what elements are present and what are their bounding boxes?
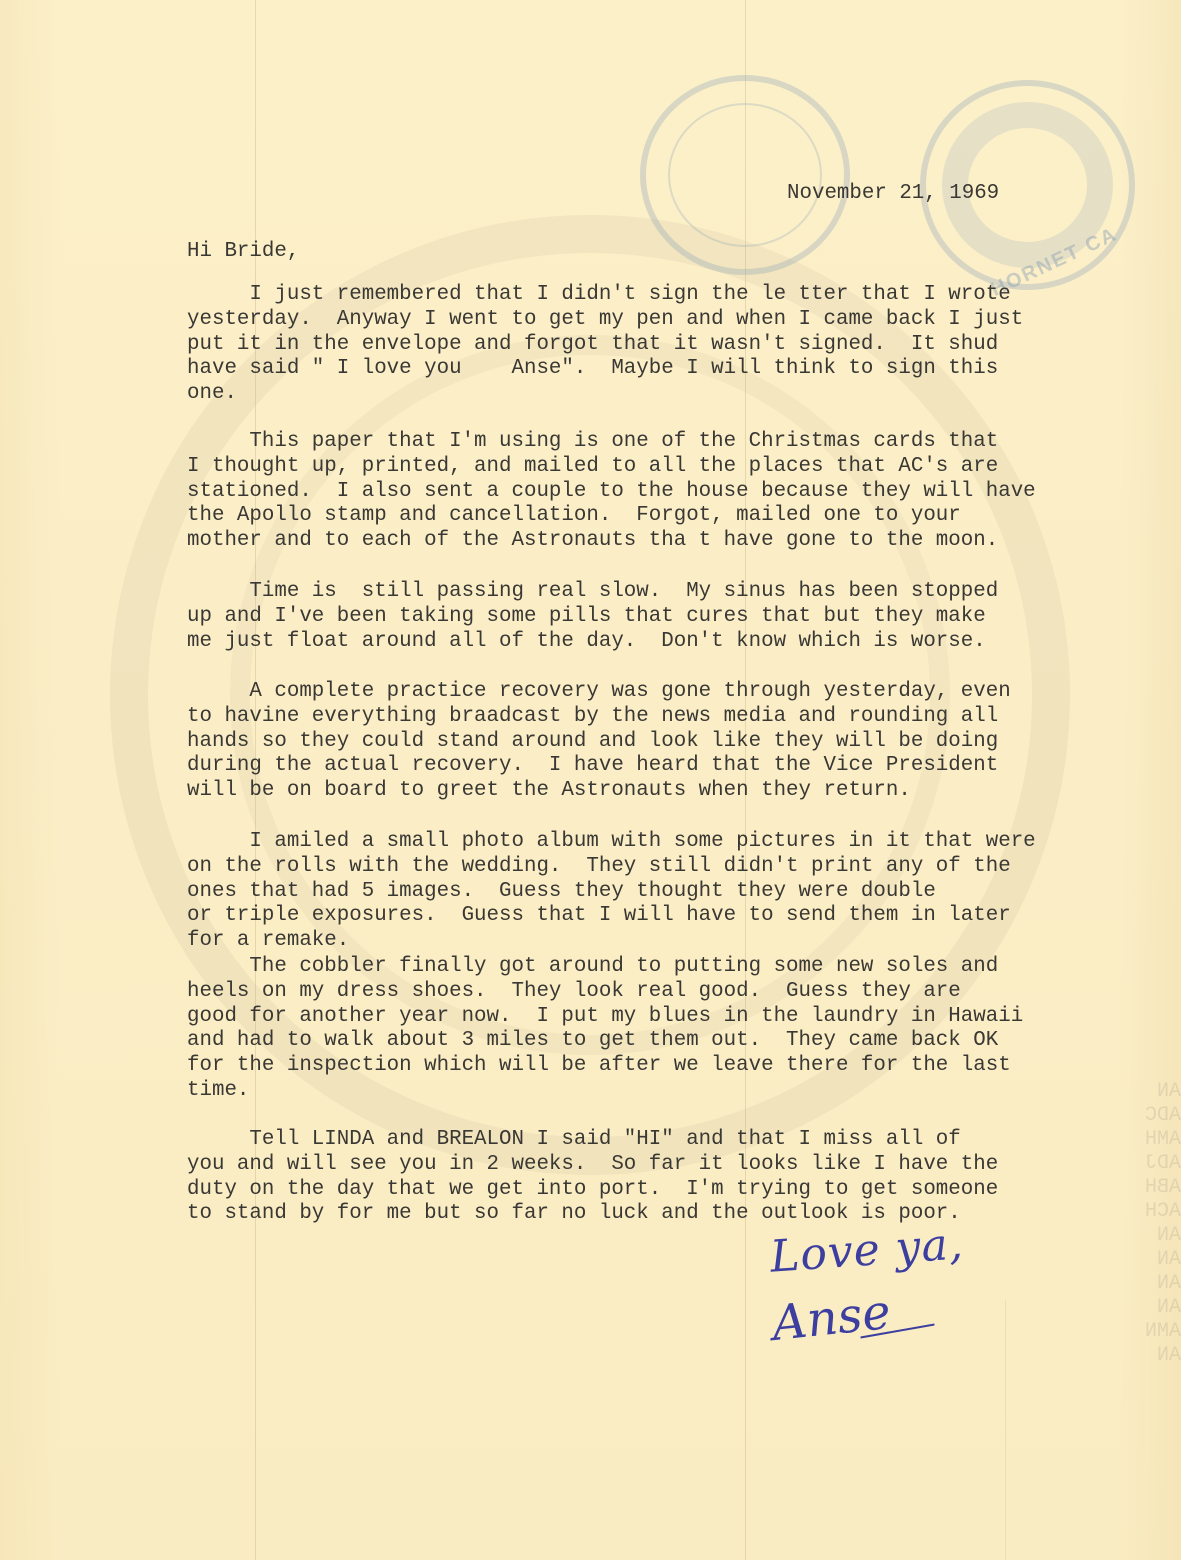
paragraph: I amiled a small photo album with some p…: [187, 830, 1036, 954]
text-line: one.: [187, 382, 1023, 407]
text-line: The cobbler finally got around to puttin…: [187, 955, 1023, 980]
text-line: heels on my dress shoes. They look real …: [187, 980, 1023, 1005]
text-line: for a remake.: [187, 929, 1036, 954]
text-line: A complete practice recovery was gone th…: [187, 680, 1011, 705]
text-line: Tell LINDA and BREALON I said "HI" and t…: [187, 1128, 998, 1153]
paragraph: I just remembered that I didn't sign the…: [187, 283, 1023, 407]
text-line: to havine everything braadcast by the ne…: [187, 705, 1011, 730]
text-line: me just float around all of the day. Don…: [187, 630, 998, 655]
text-line: duty on the day that we get into port. I…: [187, 1178, 998, 1203]
text-line: time.: [187, 1079, 1023, 1104]
text-line: I thought up, printed, and mailed to all…: [187, 455, 1036, 480]
show-through-text: AN ADC AMH ADJ ABH ACH AN AN AN AN AMN A…: [1040, 1080, 1181, 1368]
text-line: Time is still passing real slow. My sinu…: [187, 580, 998, 605]
paragraph: The cobbler finally got around to puttin…: [187, 955, 1023, 1104]
text-line: stationed. I also sent a couple to the h…: [187, 480, 1036, 505]
letter-salutation: Hi Bride,: [187, 239, 299, 264]
text-line: hands so they could stand around and loo…: [187, 730, 1011, 755]
text-line: and had to walk about 3 miles to get the…: [187, 1029, 1023, 1054]
letter-date: November 21, 1969: [787, 181, 999, 206]
text-line: ones that had 5 images. Guess they thoug…: [187, 880, 1036, 905]
text-line: This paper that I'm using is one of the …: [187, 430, 1036, 455]
text-line: have said " I love you Anse". Maybe I wi…: [187, 357, 1023, 382]
text-line: or triple exposures. Guess that I will h…: [187, 904, 1036, 929]
text-line: for the inspection which will be after w…: [187, 1054, 1023, 1079]
postmark-ring: [668, 103, 822, 247]
text-line: the Apollo stamp and cancellation. Forgo…: [187, 504, 1036, 529]
text-line: I amiled a small photo album with some p…: [187, 830, 1036, 855]
text-line: up and I've been taking some pills that …: [187, 605, 998, 630]
text-line: on the rolls with the wedding. They stil…: [187, 855, 1036, 880]
text-line: I just remembered that I didn't sign the…: [187, 283, 1023, 308]
paragraph: Time is still passing real slow. My sinu…: [187, 580, 998, 654]
text-line: mother and to each of the Astronauts tha…: [187, 529, 1036, 554]
postmark-stamp-left: [640, 75, 850, 275]
text-line: you and will see you in 2 weeks. So far …: [187, 1153, 998, 1178]
paragraph: A complete practice recovery was gone th…: [187, 680, 1011, 804]
text-line: yesterday. Anyway I went to get my pen a…: [187, 308, 1023, 333]
paragraph: This paper that I'm using is one of the …: [187, 430, 1036, 554]
text-line: during the actual recovery. I have heard…: [187, 754, 1011, 779]
text-line: will be on board to greet the Astronauts…: [187, 779, 1011, 804]
paragraph: Tell LINDA and BREALON I said "HI" and t…: [187, 1128, 998, 1227]
text-line: good for another year now. I put my blue…: [187, 1005, 1023, 1030]
text-line: put it in the envelope and forgot that i…: [187, 333, 1023, 358]
fold-line: [1005, 1300, 1006, 1560]
